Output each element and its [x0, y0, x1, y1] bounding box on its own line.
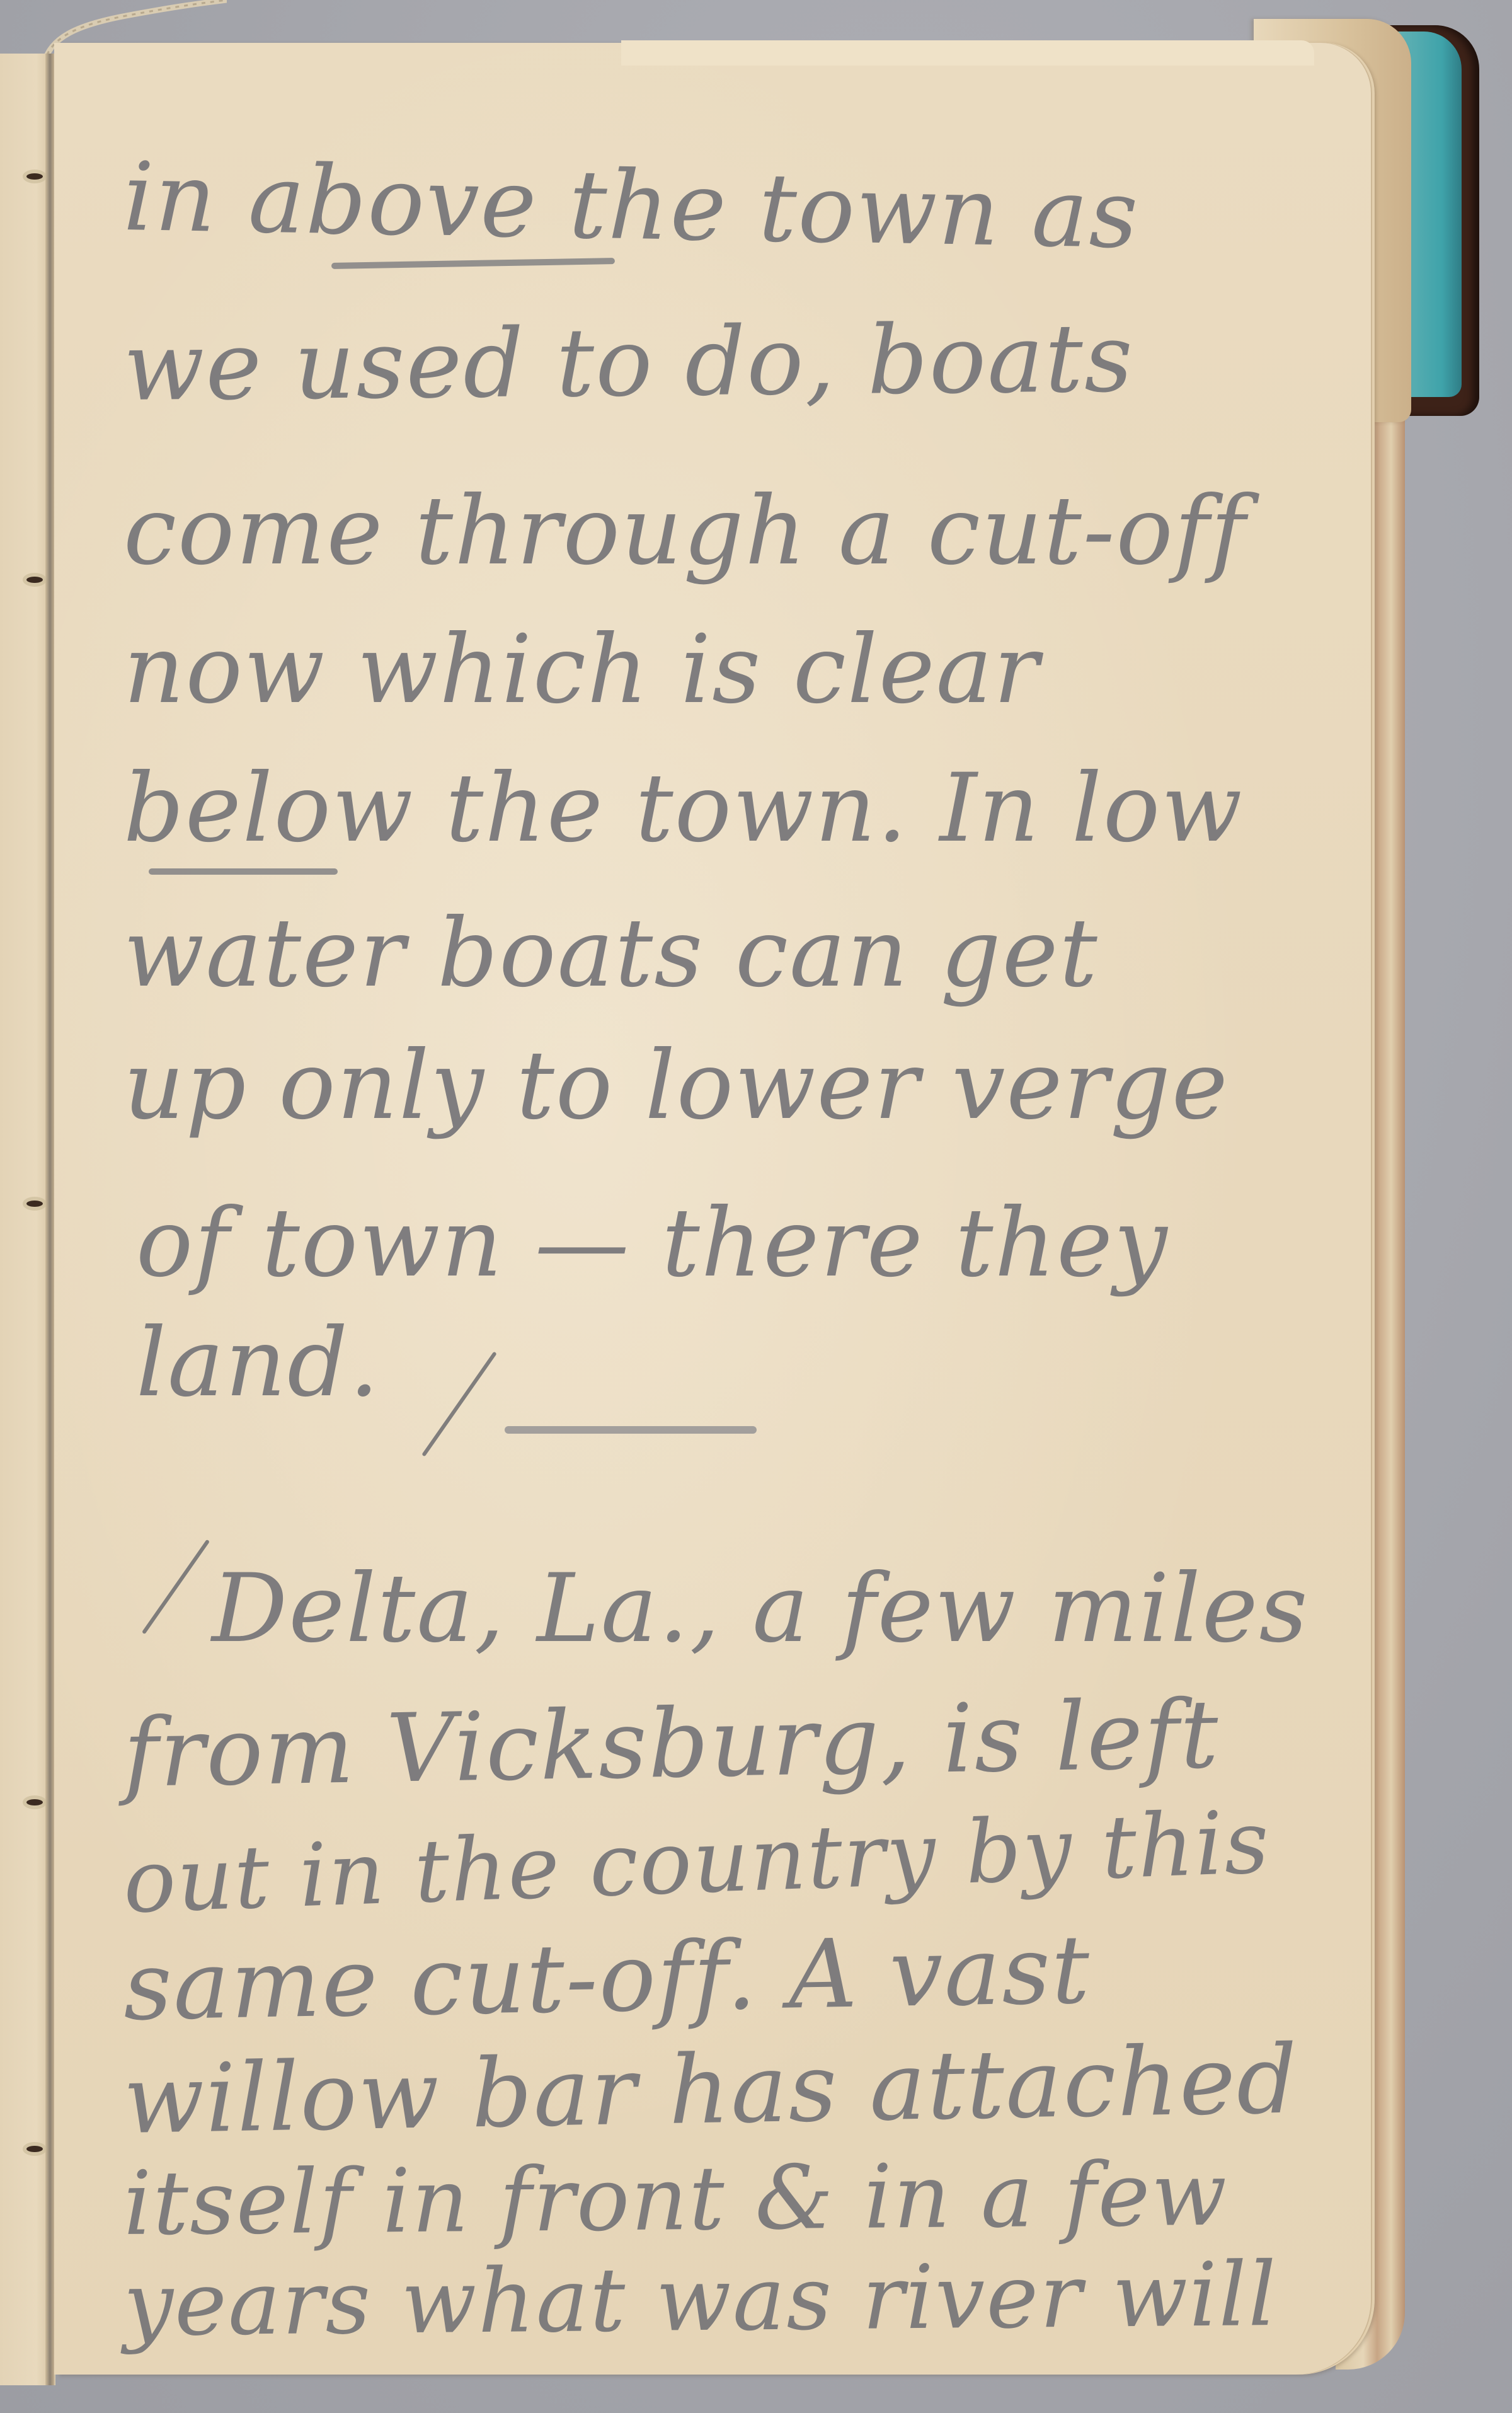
end-mark-slash [421, 1351, 497, 1456]
text-line-15: itself in front & in a few [123, 2151, 1228, 2249]
notebook-page: in above the town as we used to do, boat… [54, 43, 1371, 2375]
stitch-hole [26, 577, 43, 583]
text-line-13: same cut-off. A vast [123, 1923, 1092, 2034]
text-line-9: land. [136, 1316, 381, 1410]
text-line-10: Delta, La., a few miles [212, 1562, 1309, 1656]
text-line-8: of town — there they [136, 1196, 1169, 1291]
text-line-2: we used to do, boats [123, 311, 1134, 415]
text-line-14: willow bar has attached [123, 2032, 1299, 2148]
text-line-11: from Vicksburg, is left [123, 1688, 1220, 1801]
text-line-5: below the town. In low [123, 761, 1244, 856]
start-mark-slash [142, 1540, 210, 1635]
text-line-7: up only to lower verge [123, 1039, 1229, 1133]
stitch-hole [26, 1201, 43, 1207]
section-break-rule [505, 1426, 757, 1434]
text-line-16: years what was river will [123, 2251, 1278, 2349]
text-line-6: water boats can get [123, 906, 1099, 1001]
stitch-hole [26, 2146, 43, 2152]
text-line-3: come through a cut-off [123, 484, 1247, 579]
text-line-1: in above the town as [123, 150, 1140, 262]
stitch-hole [26, 1799, 43, 1805]
stitch-hole [26, 173, 43, 180]
underline-above [331, 258, 615, 269]
text-line-4: now which is clear [123, 623, 1040, 717]
text-line-12: out in the country by this [122, 1799, 1272, 1925]
underline-below [149, 868, 338, 875]
handwritten-text: in above the town as we used to do, boat… [54, 43, 1371, 2375]
